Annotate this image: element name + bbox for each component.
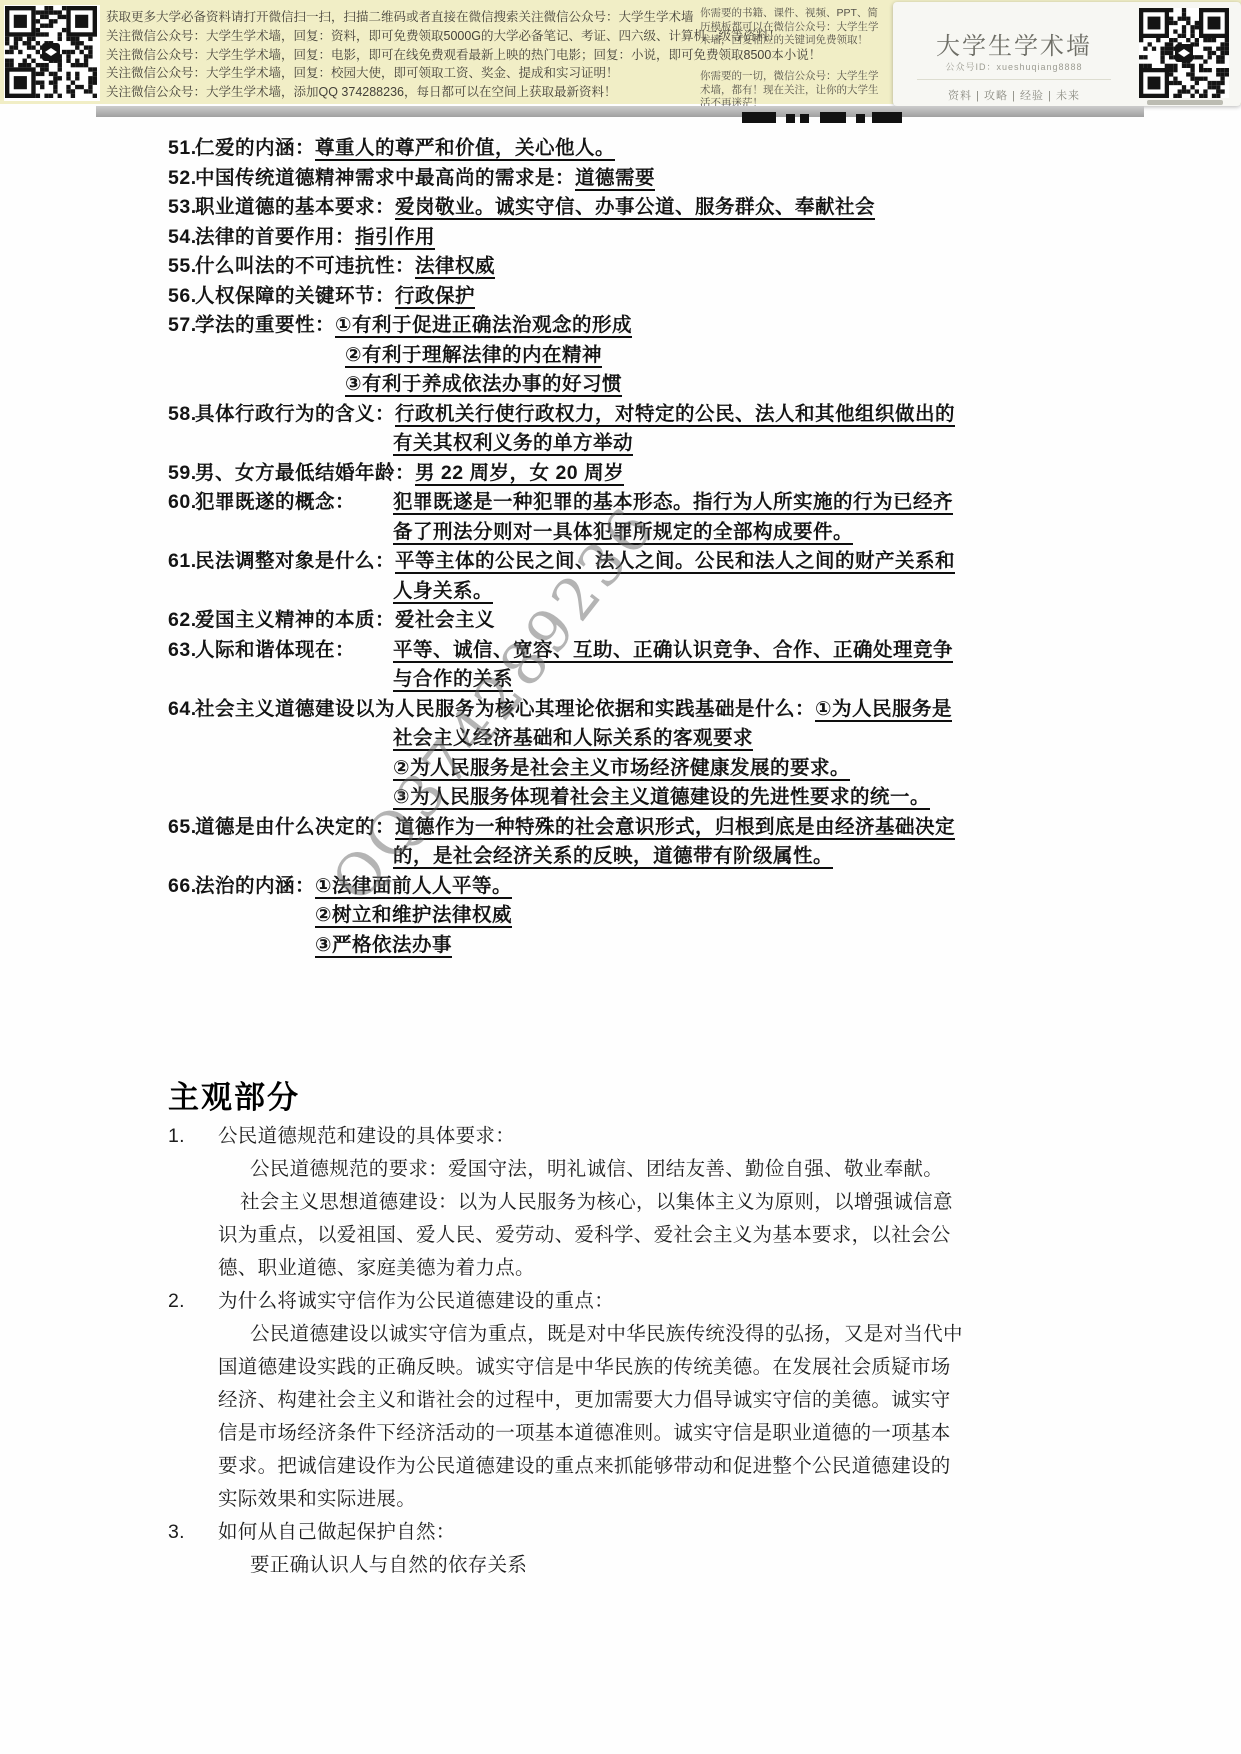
essay-text: 社会主义思想道德建设：以为人民服务为核心，以集体主义为原则，以增强诚信意 [240, 1191, 953, 1213]
essay-text: 公民道德建设以诚实守信为重点，既是对中华民族传统没得的弘扬，又是对当代中 [250, 1323, 963, 1345]
note-line: 51.仁爱的内涵：尊重人的尊严和价值，关心他人。 [168, 134, 1028, 164]
document-page: 获取更多大学必备资料请打开微信扫一扫，扫描二维码或者直接在微信搜索关注微信公众号… [0, 0, 1241, 1754]
essay-line: 要正确认识人与自然的依存关系 [250, 1549, 1008, 1582]
banner-line: 关注微信公众号：大学生学术墙，回复：电影，即可在线免费观看最新上映的热门电影；回… [106, 46, 821, 65]
item-number: 55. [168, 252, 195, 282]
item-number: 52. [168, 164, 195, 194]
note-line: 人身关系。 [393, 577, 1028, 607]
question-text: 学法的重要性： [195, 314, 335, 336]
question-text: 什么叫法的不可违抗性： [195, 255, 415, 277]
brand-title: 大学生学术墙 [893, 26, 1135, 61]
question-text: 具体行政行为的含义： [195, 403, 395, 425]
answer-text: 行政机关行使行政权力，对特定的公民、法人和其他组织做出的 [395, 403, 955, 427]
question-text: 男、女方最低结婚年龄： [195, 462, 415, 484]
answer-text: 人身关系。 [393, 580, 493, 604]
answer-text: ②有利于理解法律的内在精神 [345, 344, 602, 368]
card-divider [917, 79, 1111, 80]
answer-text: ①有利于促进正确法治观念的形成 [335, 314, 632, 338]
question-text: 爱社会主义 [395, 609, 495, 631]
essay-line: 公民道德规范的要求：爱国守法，明礼诚信、团结友善、勤俭自强、敬业奉献。 [250, 1153, 1008, 1186]
note-line: ②有利于理解法律的内在精神 [345, 341, 1028, 371]
answer-text: 有关其权利义务的单方举动 [393, 432, 633, 456]
essay-line: 国道德建设实践的正确反映。诚实守信是中华民族的传统美德。在发展社会质疑市场 [218, 1351, 1008, 1384]
answer-text: ③为人民服务体现着社会主义道德建设的先进性要求的统一。 [393, 786, 930, 810]
item-number: 1. [168, 1120, 218, 1153]
answer-text: 道德需要 [575, 167, 655, 191]
item-number: 56. [168, 282, 195, 312]
promo-banner: 获取更多大学必备资料请打开微信扫一扫，扫描二维码或者直接在微信搜索关注微信公众号… [0, 0, 1241, 104]
note-line: ③有利于养成依法办事的好习惯 [345, 370, 1028, 400]
subjective-list: 1.公民道德规范和建设的具体要求：公民道德规范的要求：爱国守法，明礼诚信、团结友… [168, 1120, 1008, 1582]
item-number: 60. [168, 488, 195, 518]
question-text: 人权保障的关键环节： [195, 285, 395, 307]
brand-card: 大学生学术墙 公众号ID：xueshuqiang8888 资料 | 攻略 | 经… [893, 2, 1241, 106]
essay-text: 信是市场经济条件下经济活动的一项基本道德准则。诚实守信是职业道德的一项基本 [218, 1422, 951, 1444]
note-line: 54.法律的首要作用：指引作用 [168, 223, 1028, 253]
question-text: 法律的首要作用： [195, 226, 355, 248]
answer-text: 爱岗敬业。诚实守信、办事公道、服务群众、奉献社会 [395, 196, 875, 220]
item-number: 62. [168, 606, 195, 636]
essay-line: 经济、构建社会主义和谐社会的过程中，更加需要大力倡导诚实守信的美德。诚实守 [218, 1384, 1008, 1417]
essay-line: 3.如何从自己做起保护自然： [168, 1516, 1008, 1549]
essay-line: 要求。把诚信建设作为公民道德建设的重点来抓能够带动和促进整个公民道德建设的 [218, 1450, 1008, 1483]
item-number: 3. [168, 1516, 218, 1549]
item-number: 61. [168, 547, 195, 577]
answer-text: 法律权威 [415, 255, 495, 279]
question-text: 人际和谐体现在： [195, 636, 393, 666]
qr-code-icon [4, 5, 100, 101]
essay-line: 实际效果和实际进展。 [218, 1483, 1008, 1516]
essay-line: 1.公民道德规范和建设的具体要求： [168, 1120, 1008, 1153]
answer-text: 的，是社会经济关系的反映，道德带有阶级属性。 [393, 845, 833, 869]
item-number: 57. [168, 311, 195, 341]
item-number: 53. [168, 193, 195, 223]
note-line: 备了刑法分则对一具体犯罪所规定的全部构成要件。 [393, 518, 1028, 548]
question-text: 中国传统道德精神需求中最高尚的需求是： [195, 167, 575, 189]
banner-shadow-strip [96, 106, 1144, 117]
essay-text: 公民道德规范的要求：爱国守法，明礼诚信、团结友善、勤俭自强、敬业奉献。 [250, 1158, 943, 1180]
answer-text: 平等主体的公民之间、法人之间。公民和法人之间的财产关系和 [395, 550, 955, 574]
answer-text: 男 22 周岁，女 20 周岁 [415, 462, 624, 486]
answer-text: ③有利于养成依法办事的好习惯 [345, 373, 622, 397]
note-line: 56.人权保障的关键环节：行政保护 [168, 282, 1028, 312]
clipped-text-fragment [742, 112, 776, 123]
essay-text: 实际效果和实际进展。 [218, 1488, 416, 1510]
clipped-text-fragment [820, 112, 846, 123]
question-text: 仁爱的内涵： [195, 137, 315, 159]
note-line: ③严格依法办事 [315, 931, 1028, 961]
banner-middle-bottom-text: 你需要的一切，微信公众号：大学生学术墙，都有！现在关注，让你的大学生活不再迷茫！ [700, 70, 886, 111]
brand-account-id: 公众号ID：xueshuqiang8888 [893, 60, 1135, 73]
answer-text: 犯罪既遂是一种犯罪的基本形态。指行为人所实施的行为已经齐 [393, 491, 953, 515]
essay-text: 为什么将诚实守信作为公民道德建设的重点： [218, 1290, 614, 1312]
essay-text: 经济、构建社会主义和谐社会的过程中，更加需要大力倡导诚实守信的美德。诚实守 [218, 1389, 951, 1411]
item-number: 58. [168, 400, 195, 430]
item-number: 66. [168, 872, 195, 902]
essay-line: 识为重点，以爱祖国、爱人民、爱劳动、爱科学、爱社会主义为基本要求，以社会公 [218, 1219, 1008, 1252]
clipped-text-fragment [800, 114, 809, 123]
qr-caption-smudge [1147, 100, 1223, 105]
qr-code-icon [1139, 8, 1229, 98]
essay-line: 信是市场经济条件下经济活动的一项基本道德准则。诚实守信是职业道德的一项基本 [218, 1417, 1008, 1450]
note-line: 55.什么叫法的不可违抗性：法律权威 [168, 252, 1028, 282]
item-number: 54. [168, 223, 195, 253]
question-text: 民法调整对象是什么： [195, 550, 395, 572]
note-line: 的，是社会经济关系的反映，道德带有阶级属性。 [393, 842, 1028, 872]
clipped-text-fragment [786, 114, 795, 123]
question-text: 犯罪既遂的概念： [195, 488, 393, 518]
answer-text: ①为人民服务是 [815, 698, 952, 722]
item-number: 2. [168, 1285, 218, 1318]
answer-text: 尊重人的尊严和价值，关心他人。 [315, 137, 615, 161]
item-number: 51. [168, 134, 195, 164]
question-text: 爱国主义精神的本质： [195, 609, 395, 631]
essay-text: 如何从自己做起保护自然： [218, 1521, 456, 1543]
essay-line: 社会主义思想道德建设：以为人民服务为核心，以集体主义为原则，以增强诚信意 [240, 1186, 1008, 1219]
note-line: 57.学法的重要性：①有利于促进正确法治观念的形成 [168, 311, 1028, 341]
note-line: ③为人民服务体现着社会主义道德建设的先进性要求的统一。 [393, 783, 1028, 813]
item-number: 65. [168, 813, 195, 843]
item-number: 64. [168, 695, 195, 725]
question-text: 职业道德的基本要求： [195, 196, 395, 218]
answer-text: ②树立和维护法律权威 [315, 904, 512, 928]
answer-text: 指引作用 [355, 226, 435, 250]
note-line: 65.道德是由什么决定的：道德作为一种特殊的社会意识形式，归根到底是由经济基础决… [168, 813, 1028, 843]
essay-line: 2.为什么将诚实守信作为公民道德建设的重点： [168, 1285, 1008, 1318]
clipped-text-fragment [872, 112, 902, 123]
essay-text: 识为重点，以爱祖国、爱人民、爱劳动、爱科学、爱社会主义为基本要求，以社会公 [218, 1224, 951, 1246]
essay-text: 国道德建设实践的正确反映。诚实守信是中华民族的传统美德。在发展社会质疑市场 [218, 1356, 951, 1378]
item-number: 63. [168, 636, 195, 666]
note-line: 66.法治的内涵：①法律面前人人平等。 [168, 872, 1028, 902]
essay-text: 公民道德规范和建设的具体要求： [218, 1125, 515, 1147]
question-text: 法治的内涵： [195, 875, 315, 897]
essay-text: 德、职业道德、家庭美德为着力点。 [218, 1257, 535, 1279]
clipped-text-fragment [856, 114, 865, 123]
note-line: 64.社会主义道德建设以为人民服务为核心其理论依据和实践基础是什么：①为人民服务… [168, 695, 1028, 725]
note-line: ②树立和维护法律权威 [315, 901, 1028, 931]
note-line: 52.中国传统道德精神需求中最高尚的需求是：道德需要 [168, 164, 1028, 194]
banner-middle-top-text: 你需要的书籍、课件、视频、PPT、简历模板都可以在微信公众号：大学生学术墙，回复… [700, 7, 886, 48]
brand-tags: 资料 | 攻略 | 经验 | 未来 [893, 87, 1135, 103]
essay-text: 要正确认识人与自然的依存关系 [250, 1554, 527, 1576]
subjective-section-heading: 主观部分 [168, 1072, 300, 1117]
note-line: 有关其权利义务的单方举动 [393, 429, 1028, 459]
item-number: 59. [168, 459, 195, 489]
essay-text: 要求。把诚信建设作为公民道德建设的重点来抓能够带动和促进整个公民道德建设的 [218, 1455, 951, 1477]
note-line: 58.具体行政行为的含义：行政机关行使行政权力，对特定的公民、法人和其他组织做出… [168, 400, 1028, 430]
answer-text: ③严格依法办事 [315, 934, 452, 958]
note-line: 53.职业道德的基本要求：爱岗敬业。诚实守信、办事公道、服务群众、奉献社会 [168, 193, 1028, 223]
essay-line: 德、职业道德、家庭美德为着力点。 [218, 1252, 1008, 1285]
note-line: 63.人际和谐体现在：平等、诚信、宽容、互助、正确认识竞争、合作、正确处理竞争 [168, 636, 1028, 666]
note-line: 59.男、女方最低结婚年龄：男 22 周岁，女 20 周岁 [168, 459, 1028, 489]
essay-line: 公民道德建设以诚实守信为重点，既是对中华民族传统没得的弘扬，又是对当代中 [250, 1318, 1008, 1351]
answer-text: 道德作为一种特殊的社会意识形式，归根到底是由经济基础决定 [395, 816, 955, 840]
answer-text: 行政保护 [395, 285, 475, 309]
answer-text: 平等、诚信、宽容、互助、正确认识竞争、合作、正确处理竞争 [393, 639, 953, 663]
